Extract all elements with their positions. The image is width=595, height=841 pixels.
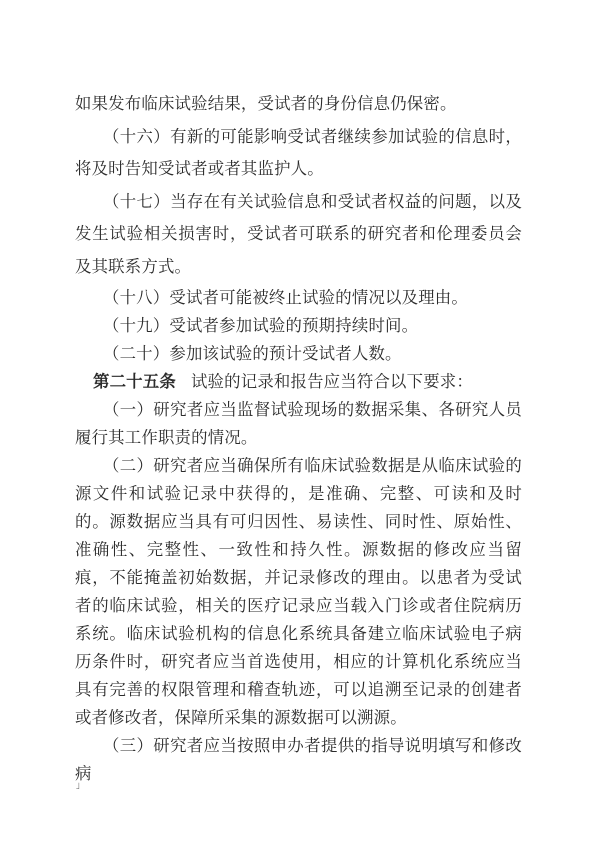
lower-text-block: （十八）受试者可能被终止试验的情况以及理由。 （十九）受试者参加试验的预期持续时…	[75, 284, 522, 788]
list-item-2: （二）研究者应当确保所有临床试验数据是从临床试验的源文件和试验记录中获得的，是准…	[75, 452, 522, 732]
upper-text-block: 如果发布临床试验结果，受试者的身份信息仍保密。 （十六）有新的可能影响受试者继续…	[75, 88, 522, 284]
list-item-20: （二十）参加该试验的预计受试者人数。	[75, 340, 522, 368]
document-page: 如果发布临床试验结果，受试者的身份信息仍保密。 （十六）有新的可能影响受试者继续…	[0, 0, 595, 841]
continuation-paragraph: 如果发布临床试验结果，受试者的身份信息仍保密。	[75, 88, 522, 121]
list-item-3-cutoff: （三）研究者应当按照申办者提供的指导说明填写和修改病	[75, 732, 522, 788]
stray-ink-mark: 」	[76, 781, 85, 790]
article-heading-text: 试验的记录和报告应当符合以下要求：	[191, 372, 473, 391]
list-item-1: （一）研究者应当监督试验现场的数据采集、各研究人员履行其工作职责的情况。	[75, 396, 522, 452]
article-number: 第二十五条	[93, 372, 176, 391]
list-item-18: （十八）受试者可能被终止试验的情况以及理由。	[75, 284, 522, 312]
text-column: 如果发布临床试验结果，受试者的身份信息仍保密。 （十六）有新的可能影响受试者继续…	[75, 88, 522, 788]
list-item-19: （十九）受试者参加试验的预期持续时间。	[75, 312, 522, 340]
list-item-17: （十七）当存在有关试验信息和受试者权益的问题，以及发生试验相关损害时，受试者可联…	[75, 186, 522, 284]
article-heading: 第二十五条试验的记录和报告应当符合以下要求：	[75, 368, 522, 396]
list-item-16: （十六）有新的可能影响受试者继续参加试验的信息时，将及时告知受试者或者其监护人。	[75, 121, 522, 186]
